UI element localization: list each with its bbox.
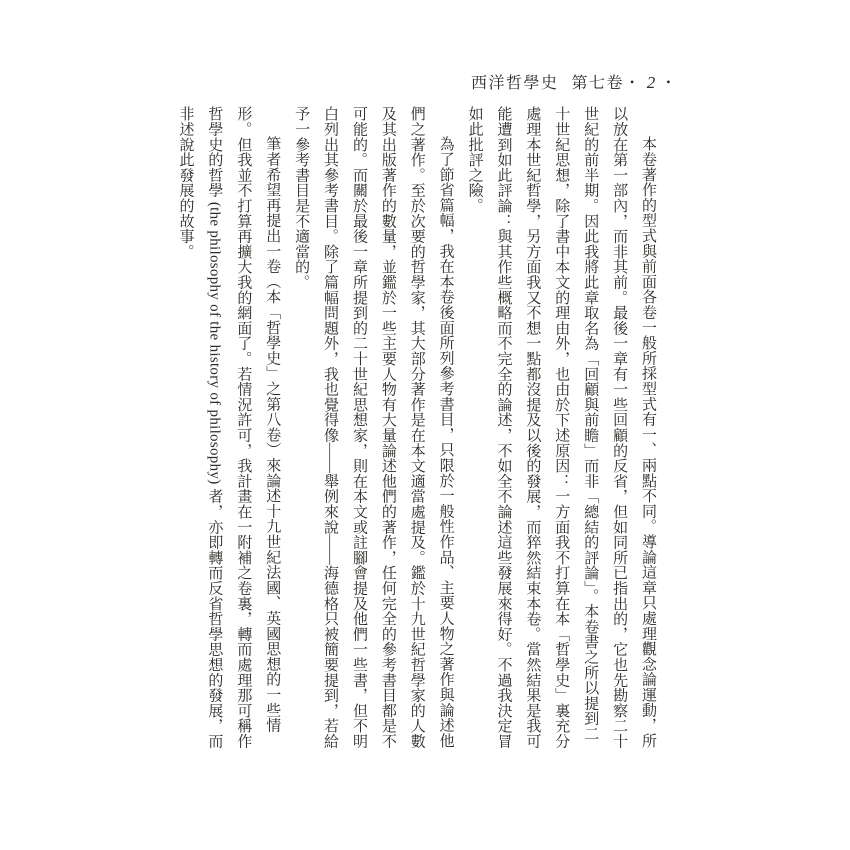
paragraph: 為了節省篇幅，我在本卷後面所列參考書目，只限於一般性作品、主要人物之著作與論述他… (286, 106, 459, 752)
page: { "page": { "background": "#ffffff", "te… (0, 0, 850, 850)
paragraph: 筆者希望再提出一卷（本「哲學史」之第八卷）來論述十九世紀法國、英國思想的一些情形… (171, 106, 287, 752)
body-text: 本卷著作的型式與前面各卷一般所採型式有一、兩點不同。導論這章只處理觀念論運動，所… (178, 106, 662, 752)
volume-label: 第七卷 (572, 75, 625, 92)
page-number: 2 (647, 73, 656, 92)
separator-dot: • (630, 75, 636, 90)
separator-dot: • (666, 75, 672, 90)
book-title-label: 西洋哲學史 (471, 75, 559, 92)
running-head: 西洋哲學史第七卷•2• (471, 70, 672, 93)
paragraph: 本卷著作的型式與前面各卷一般所採型式有一、兩點不同。導論這章只處理觀念論運動，所… (460, 106, 662, 752)
